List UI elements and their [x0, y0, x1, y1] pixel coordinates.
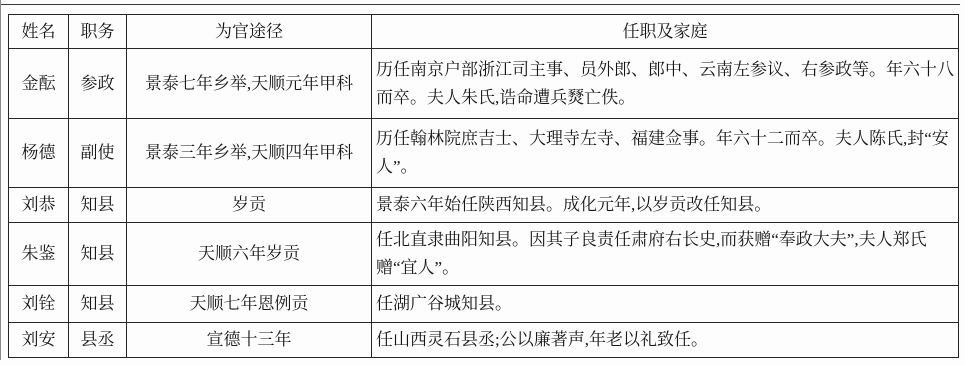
- detail-cell: 景泰六年始任陕西知县。成化元年,以岁贡改任知县。: [372, 188, 959, 223]
- post-cell: 知县: [69, 286, 127, 323]
- scanned-document-page: 姓名 职务 为官途径 任职及家庭 金酝 参政 景泰七年乡举,天顺元年甲科 历任南…: [0, 0, 965, 365]
- post-cell: 县丞: [69, 323, 127, 358]
- name-cell: 金酝: [9, 49, 69, 119]
- header-post: 职务: [69, 15, 127, 49]
- post-cell: 副使: [69, 119, 127, 188]
- header-path: 为官途径: [127, 15, 372, 49]
- table-row: 刘安 县丞 宣德十三年 任山西灵石县丞;公以廉著声,年老以礼致任。: [9, 323, 959, 358]
- name-cell: 朱鉴: [9, 223, 69, 286]
- detail-cell: 历任南京户部浙江司主事、员外郎、郎中、云南左参议、右参政等。年六十八而卒。夫人朱…: [372, 49, 959, 119]
- post-cell: 知县: [69, 223, 127, 286]
- table-header-row: 姓名 职务 为官途径 任职及家庭: [9, 15, 959, 49]
- path-cell: 景泰三年乡举,天顺四年甲科: [127, 119, 372, 188]
- path-cell: 天顺六年岁贡: [127, 223, 372, 286]
- top-rule-line: [0, 4, 960, 5]
- detail-cell: 任山西灵石县丞;公以廉著声,年老以礼致任。: [372, 323, 959, 358]
- path-cell: 宣德十三年: [127, 323, 372, 358]
- header-detail: 任职及家庭: [372, 15, 959, 49]
- name-cell: 刘安: [9, 323, 69, 358]
- detail-cell: 历任翰林院庶吉士、大理寺左寺、福建佥事。年六十二而卒。夫人陈氏,封“安人”。: [372, 119, 959, 188]
- name-cell: 杨德: [9, 119, 69, 188]
- name-cell: 刘铨: [9, 286, 69, 323]
- page-edge-line: [0, 0, 1, 360]
- table-row: 刘铨 知县 天顺七年恩例贡 任湖广谷城知县。: [9, 286, 959, 323]
- table-row: 朱鉴 知县 天顺六年岁贡 任北直隶曲阳知县。因其子良责任肃府右长史,而获赠“奉政…: [9, 223, 959, 286]
- table-row: 杨德 副使 景泰三年乡举,天顺四年甲科 历任翰林院庶吉士、大理寺左寺、福建佥事。…: [9, 119, 959, 188]
- detail-cell: 任湖广谷城知县。: [372, 286, 959, 323]
- table-row: 金酝 参政 景泰七年乡举,天顺元年甲科 历任南京户部浙江司主事、员外郎、郎中、云…: [9, 49, 959, 119]
- path-cell: 景泰七年乡举,天顺元年甲科: [127, 49, 372, 119]
- path-cell: 天顺七年恩例贡: [127, 286, 372, 323]
- header-name: 姓名: [9, 15, 69, 49]
- table-row: 刘恭 知县 岁贡 景泰六年始任陕西知县。成化元年,以岁贡改任知县。: [9, 188, 959, 223]
- name-cell: 刘恭: [9, 188, 69, 223]
- path-cell: 岁贡: [127, 188, 372, 223]
- post-cell: 参政: [69, 49, 127, 119]
- detail-cell: 任北直隶曲阳知县。因其子良责任肃府右长史,而获赠“奉政大夫”,夫人郑氏赠“宜人”…: [372, 223, 959, 286]
- post-cell: 知县: [69, 188, 127, 223]
- officials-table: 姓名 职务 为官途径 任职及家庭 金酝 参政 景泰七年乡举,天顺元年甲科 历任南…: [8, 14, 959, 358]
